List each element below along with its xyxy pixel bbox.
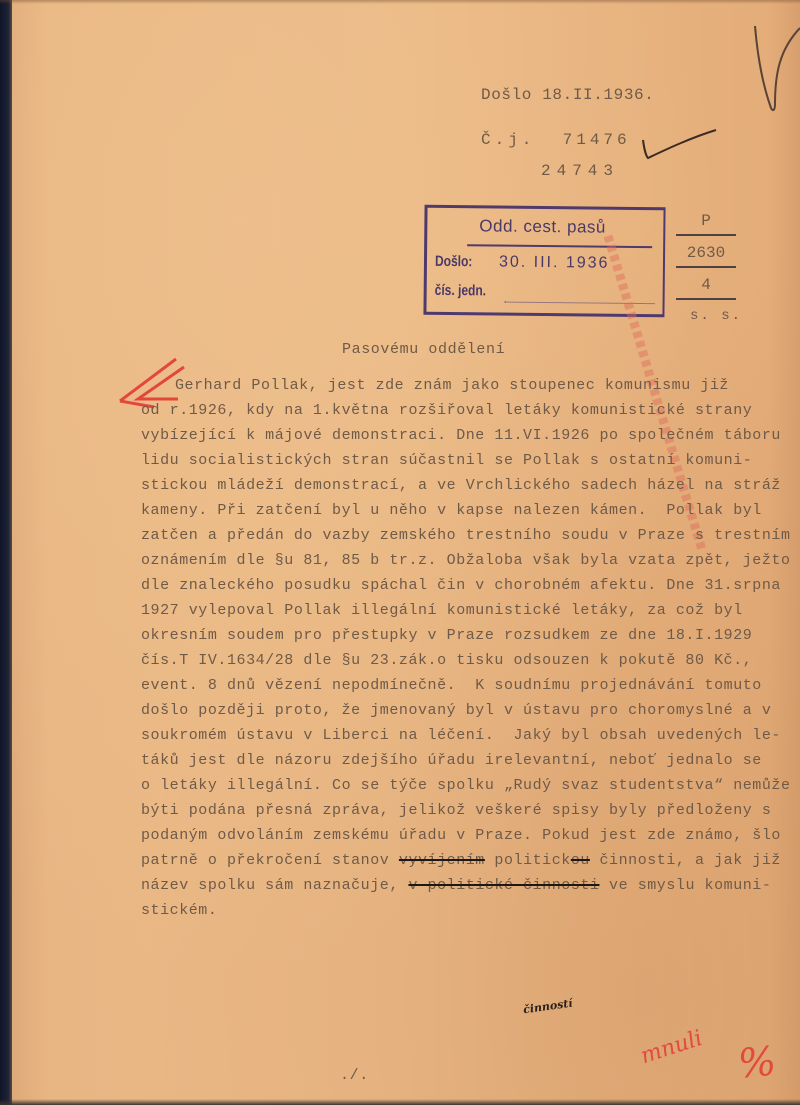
body-line: o letáky illegální. Co se týče spolku „R… <box>141 773 791 798</box>
body-line: kameny. Při zatčení byl u něho v kapse n… <box>141 498 791 523</box>
checkmark-icon <box>640 126 720 162</box>
continuation-mark: ./. <box>340 1067 369 1084</box>
body-line: vybízející k májové demonstraci. Dne 11.… <box>141 423 791 448</box>
red-mark: % <box>736 1038 778 1087</box>
line-text: činnosti, a jak již <box>590 852 781 869</box>
body-line: Gerhard Pollak, jest zde znám jako stoup… <box>141 373 791 398</box>
struck-suffix: ou <box>571 852 590 869</box>
body-line: zatčen a předán do vazby zemského trestn… <box>141 523 791 548</box>
letter-body: Gerhard Pollak, jest zde znám jako stoup… <box>141 373 791 923</box>
body-line: stickou mládeží demonstrací, a ve Vrchli… <box>141 473 791 498</box>
bottom-edge-shadow <box>0 1099 800 1105</box>
body-line: od r.1926, kdy na 1.května rozšiřoval le… <box>141 398 791 423</box>
file-row-1: P <box>701 212 711 230</box>
body-line: táků jest dle názoru zdejšího úřadu irel… <box>141 748 791 773</box>
stamp-received-label: Došlo: <box>435 253 473 270</box>
received-note: Došlo 18.II.1936. <box>481 86 654 104</box>
line-text: politick <box>485 852 571 869</box>
body-line-corrected: název spolku sám naznačuje, v politické … <box>141 873 791 898</box>
body-line: podaným odvoláním zemskému úřadu v Praze… <box>141 823 791 848</box>
reference-number-2: 24743 <box>541 162 619 180</box>
reference-label: Č.j. <box>481 131 535 149</box>
body-line: došlo později proto, že jmenovaný byl v … <box>141 698 791 723</box>
body-line: soukromém ústavu v Liberci na léčení. Ja… <box>141 723 791 748</box>
line-text: patrně o překročení stanov <box>141 852 399 869</box>
body-line: býti podána přesná zpráva, jelikož veške… <box>141 798 791 823</box>
body-line-corrected: patrně o překročení stanov vyvíjením pol… <box>141 848 791 873</box>
line-text: název spolku sám naznačuje, <box>141 877 408 894</box>
body-line: event. 8 dnů vězení nepodmínečně. K soud… <box>141 673 791 698</box>
body-line: oznámením dle §u 81, 85 b tr.z. Obžaloba… <box>141 548 791 573</box>
reference-number-1: 71476 <box>563 131 631 149</box>
corner-check-icon <box>745 20 800 120</box>
binding-strip <box>0 0 12 1105</box>
struck-phrase: v politické činnosti <box>408 877 599 894</box>
body-line: 1927 vylepoval Pollak illegální komunist… <box>141 598 791 623</box>
reference-number: Č.j. 71476 <box>481 131 631 149</box>
stamp-ref-label: čís. jedn. <box>435 282 487 300</box>
body-line: lidu socialistických stran súčastnil se … <box>141 448 791 473</box>
body-line: okresním soudem pro přestupky v Praze ro… <box>141 623 791 648</box>
line-text: ve smyslu komuni- <box>599 877 771 894</box>
stamp-received-date: 30. III. 1936 <box>499 254 610 273</box>
stamp-title: Odd. cest. pasů <box>479 216 606 237</box>
body-line: stickém. <box>141 898 791 923</box>
struck-word: vyvíjením <box>399 852 485 869</box>
top-edge-shadow <box>0 0 800 4</box>
body-line: čís.T IV.1634/28 dle §u 23.zák.o tisku o… <box>141 648 791 673</box>
addressee-heading: Pasovému oddělení <box>342 341 505 358</box>
body-line: dle znaleckého posudku spáchal čin v cho… <box>141 573 791 598</box>
